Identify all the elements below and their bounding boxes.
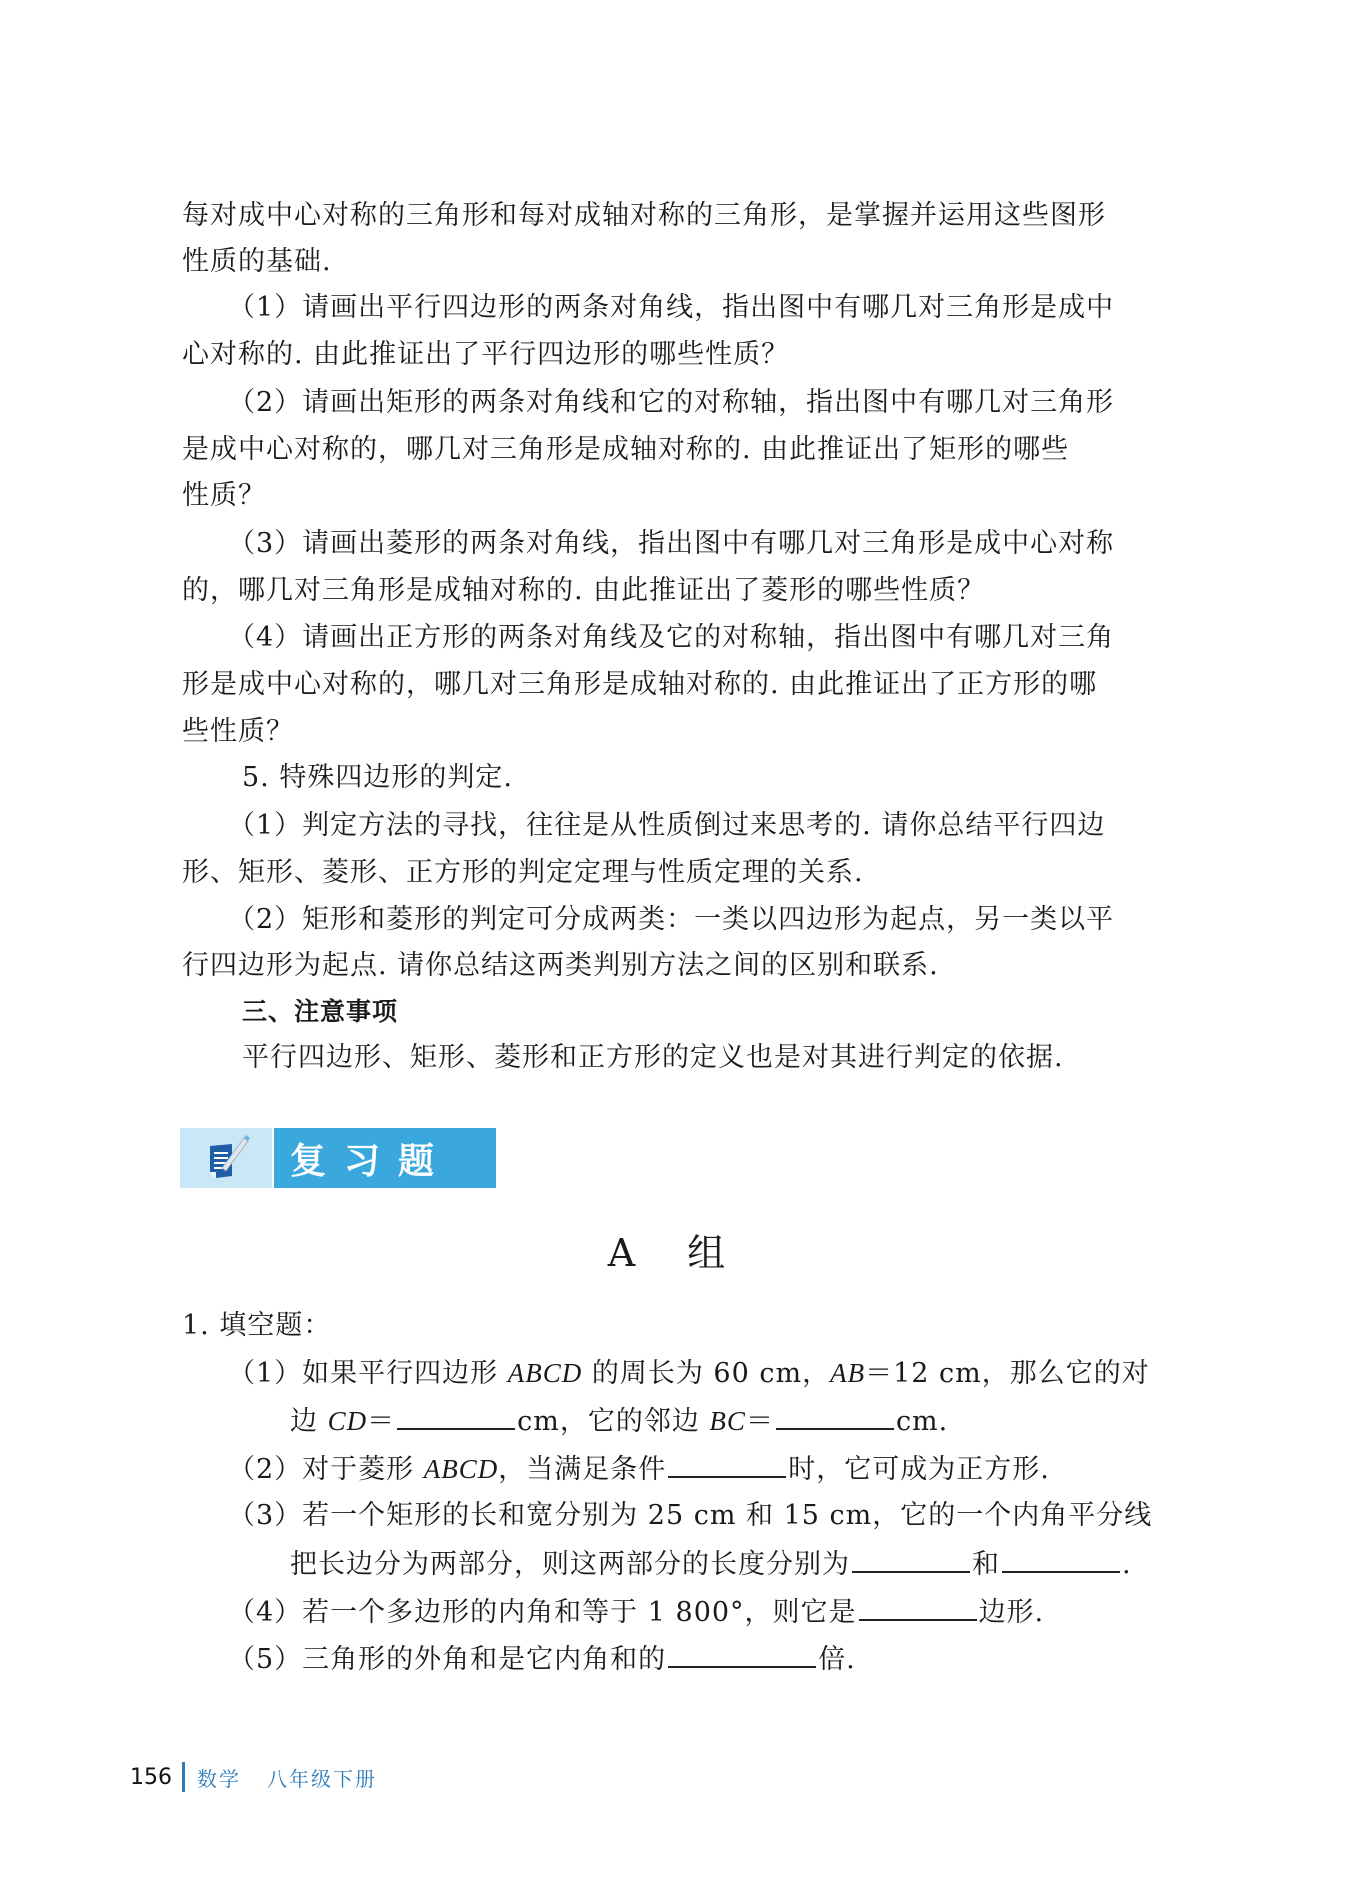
text: cm. [896,1406,948,1437]
text: ＝ [367,1406,395,1437]
math-var: ABCD [424,1454,499,1484]
review-icon-box [180,1128,272,1188]
answer-blank[interactable] [668,1638,816,1668]
answer-blank[interactable] [397,1400,515,1430]
text: （5）三角形的外角和是它内角和的 [228,1644,666,1675]
text: 和 [972,1549,1000,1580]
footer-grade: 八年级下册 [267,1763,377,1792]
body-line: （2）矩形和菱形的判定可分成两类：一类以四边形为起点，另一类以平 [228,900,1218,940]
text: 边形. [979,1597,1045,1628]
body-line: 形、矩形、菱形、正方形的判定定理与性质定理的关系. [182,853,1172,893]
text: . [1122,1549,1132,1580]
notebook-pencil-icon [180,1128,272,1188]
footer-subject: 数学 [197,1763,241,1792]
math-var: AB [830,1358,865,1388]
page-footer: 156 数学 八年级下册 [130,1762,377,1792]
math-var: BC [709,1406,746,1436]
text: 把长边分为两部分，则这两部分的长度分别为 [290,1549,850,1580]
footer-divider [182,1762,185,1792]
math-var: ABCD [508,1358,583,1388]
question-item-1: （1）如果平行四边形 ABCD 的周长为 60 cm，AB＝12 cm，那么它的… [228,1353,1218,1394]
question-item-5: （5）三角形的外角和是它内角和的倍. [228,1638,1218,1680]
page-number: 156 [130,1765,172,1790]
text: cm，它的邻边 [517,1406,709,1437]
math-var: CD [328,1406,368,1436]
answer-blank[interactable] [852,1543,970,1573]
review-banner: 复习题 [180,1128,496,1188]
text: ，当满足条件 [498,1454,666,1485]
group-title: A 组 [0,1222,1353,1277]
text: 边 [290,1406,328,1437]
answer-blank[interactable] [776,1400,894,1430]
question-item-4: （4）若一个多边形的内角和等于 1 800°，则它是边形. [228,1591,1218,1633]
text: 倍. [818,1644,856,1675]
body-line: （1）判定方法的寻找，往往是从性质倒过来思考的. 请你总结平行四边 [228,806,1218,846]
answer-blank[interactable] [859,1591,977,1621]
question-1-label: 1. 填空题： [182,1306,1172,1346]
text: ＝12 cm，那么它的对 [865,1358,1150,1389]
text: （4）若一个多边形的内角和等于 1 800°，则它是 [228,1597,857,1628]
body-line: 行四边形为起点. 请你总结这两类判别方法之间的区别和联系. [182,946,1172,986]
answer-blank[interactable] [668,1448,786,1478]
body-line: （3）请画出菱形的两条对角线，指出图中有哪几对三角形是成中心对称 [228,524,1218,564]
body-line: 些性质？ [182,712,1172,752]
text: 的周长为 60 cm， [582,1358,830,1389]
section-heading: 三、注意事项 [242,992,1172,1032]
answer-blank[interactable] [1002,1543,1120,1573]
text: 时，它可成为正方形. [788,1454,1050,1485]
body-line: 形是成中心对称的，哪几对三角形是成轴对称的. 由此推证出了正方形的哪 [182,665,1172,705]
section-text: 平行四边形、矩形、菱形和正方形的定义也是对其进行判定的依据. [242,1038,1172,1078]
review-title: 复习题 [274,1128,496,1188]
question-item-1-cont: 边 CD＝cm，它的邻边 BC＝cm. [290,1400,1280,1442]
body-line: 性质的基础. [182,242,1172,282]
body-line: （2）请画出矩形的两条对角线和它的对称轴，指出图中有哪几对三角形 [228,383,1218,423]
body-line: （1）请画出平行四边形的两条对角线，指出图中有哪几对三角形是成中 [228,288,1218,328]
body-line: 的，哪几对三角形是成轴对称的. 由此推证出了菱形的哪些性质？ [182,571,1172,611]
question-item-2: （2）对于菱形 ABCD，当满足条件时，它可成为正方形. [228,1448,1218,1490]
text: （1）如果平行四边形 [228,1358,508,1389]
question-item-3: （3）若一个矩形的长和宽分别为 25 cm 和 15 cm，它的一个内角平分线 [228,1496,1218,1536]
body-line: 心对称的. 由此推证出了平行四边形的哪些性质？ [182,335,1172,375]
body-line: 每对成中心对称的三角形和每对成轴对称的三角形，是掌握并运用这些图形 [182,196,1172,236]
body-line: （4）请画出正方形的两条对角线及它的对称轴，指出图中有哪几对三角 [228,618,1218,658]
body-line: 是成中心对称的，哪几对三角形是成轴对称的. 由此推证出了矩形的哪些 [182,430,1172,470]
text: （3）若一个矩形的长和宽分别为 25 cm 和 15 cm，它的一个内角平分线 [228,1500,1152,1531]
text: （2）对于菱形 [228,1454,424,1485]
body-line: 性质？ [182,476,1172,516]
body-line: 5. 特殊四边形的判定. [242,758,1172,798]
textbook-page: 每对成中心对称的三角形和每对成轴对称的三角形，是掌握并运用这些图形 性质的基础.… [0,0,1353,1884]
question-item-3-cont: 把长边分为两部分，则这两部分的长度分别为和. [290,1543,1280,1585]
text: ＝ [746,1406,774,1437]
